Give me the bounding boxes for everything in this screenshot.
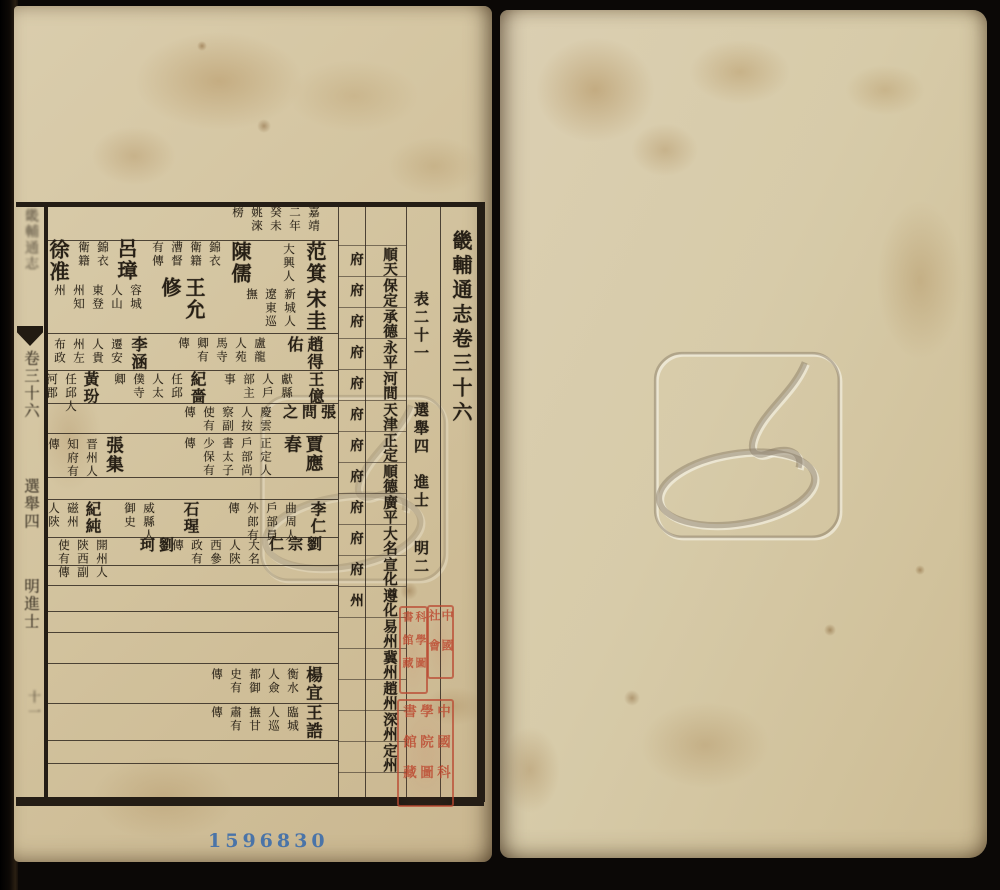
grid-line <box>48 632 338 633</box>
prefecture-suffix: 府 <box>345 283 365 303</box>
book-scan-scene: 畿輔通志 卷三十六 選舉四 明進士 十一 畿輔通志卷三十六 表二十一 選舉四 進… <box>0 0 1000 890</box>
accession-number-stamp: 1596830 <box>208 830 329 852</box>
grid-line <box>338 338 406 339</box>
jinshi-name: 宋圭 <box>303 288 327 334</box>
grid-line <box>48 663 338 664</box>
prefecture-suffix: 府 <box>345 469 365 489</box>
fore-edge-volume: 卷三十六 <box>21 350 40 478</box>
jinshi-name: 張問之 <box>280 404 337 436</box>
jinshi-annotation: 慶雲人按察副使有傳 <box>180 406 275 436</box>
jinshi-annotation: 大興人 <box>279 243 298 287</box>
grid-line <box>338 400 406 401</box>
subtitle-dynasty-part: 明二 <box>409 540 433 578</box>
jinshi-name: 劉珂 <box>137 537 175 569</box>
jinshi-name: 王億 <box>305 371 325 405</box>
prefecture-cell: 保定 <box>374 278 404 307</box>
fore-edge-running-title: 畿輔通志 <box>21 208 40 320</box>
subtitle-table-number: 表二十一 <box>409 291 433 371</box>
jinshi-name: 王允修 <box>158 277 206 323</box>
fore-edge-subsection: 明進士 <box>21 578 40 684</box>
grid-line <box>338 555 406 556</box>
grid-line <box>48 333 338 334</box>
jinshi-annotation: 盧龍人苑馬寺卿有傳 <box>174 337 269 367</box>
grid-line <box>338 586 406 587</box>
jinshi-annotation: 錦衣衛籍漕督有傳 <box>148 241 224 271</box>
collection-seal-lower: 中國科學院圖書館藏 <box>397 699 454 807</box>
jinshi-annotation: 遷安人貴州左布政 <box>50 338 126 368</box>
prefecture-suffix: 府 <box>345 345 365 365</box>
prefecture-cell: 順德 <box>374 464 404 493</box>
grid-line <box>338 617 406 618</box>
prefecture-suffix: 府 <box>345 314 365 334</box>
jinshi-name: 石瑆 <box>180 501 200 535</box>
grid-line <box>338 741 406 742</box>
jinshi-name: 楊宜 <box>302 666 323 702</box>
grid-line <box>48 585 338 586</box>
library-watermark-right <box>650 345 846 547</box>
grid-line <box>338 276 406 277</box>
prefecture-suffix: 府 <box>345 376 365 396</box>
jinshi-annotation: 錦衣衛籍 <box>74 241 112 271</box>
fore-edge-section: 選舉四 <box>21 478 40 576</box>
fore-edge-page-number: 十一 <box>23 690 42 732</box>
prefecture-cell: 正定 <box>374 433 404 462</box>
jinshi-annotation: 容城人山東登州知州 <box>50 284 145 314</box>
jinshi-name: 賈應春 <box>280 435 323 475</box>
jinshi-name: 陳儒 <box>228 241 252 287</box>
jinshi-name: 張集 <box>102 436 124 476</box>
jinshi-annotation: 正定人戶部尚書太子少保有傳 <box>180 437 275 481</box>
jinshi-annotation: 任邱人太僕寺卿 <box>110 373 186 403</box>
prefecture-cell: 宣化 <box>374 557 404 586</box>
prefecture-suffix: 府 <box>345 531 365 551</box>
prefecture-suffix: 府 <box>345 500 365 520</box>
collection-seal-upper-right: 中國社會 <box>427 605 454 679</box>
jinshi-annotation: 晋州人知府有傳 <box>44 438 101 482</box>
jinshi-annotation: 嘉靖二年癸未姚淶榜 <box>228 206 323 239</box>
prefecture-cell: 廣平 <box>374 495 404 524</box>
jinshi-annotation: 臨城人巡撫甘肅有傳 <box>207 706 302 736</box>
prefecture-suffix: 府 <box>345 252 365 272</box>
grid-line <box>338 710 406 711</box>
jinshi-annotation: 衡水人僉都御史有傳 <box>207 668 302 698</box>
grid-line <box>48 611 338 612</box>
jinshi-annotation: 大名人陝西參政有傳 <box>168 539 263 569</box>
jinshi-annotation: 開州人陝西副使有傳 <box>54 539 111 583</box>
seal-text: 中國科學院圖書館藏 <box>399 704 450 802</box>
volume-title: 畿輔通志卷三十六 <box>449 230 473 436</box>
grid-line <box>338 679 406 680</box>
frame-right-border <box>477 202 485 802</box>
jinshi-name: 徐准 <box>46 239 70 285</box>
grid-line <box>338 431 406 432</box>
jinshi-name: 趙得佑 <box>284 336 324 374</box>
jinshi-annotation: 任邱人河郡 <box>42 373 80 417</box>
jinshi-name: 李涵 <box>128 336 148 374</box>
jinshi-name: 紀純 <box>82 501 102 535</box>
seal-text: 科學圖書館藏 <box>401 611 427 689</box>
jinshi-name: 黃玢 <box>80 371 100 405</box>
jinshi-name: 范箕 <box>303 241 327 287</box>
grid-line <box>48 703 338 704</box>
grid-line <box>338 524 406 525</box>
prefecture-suffix: 府 <box>345 562 365 582</box>
grid-line <box>48 499 338 500</box>
collection-seal-upper-left: 科學圖書館藏 <box>399 606 428 694</box>
grid-line <box>338 207 339 797</box>
subtitle-section: 選舉四 <box>409 402 433 464</box>
grid-line <box>338 369 406 370</box>
grid-line <box>338 772 406 773</box>
prefecture-cell: 永平 <box>374 340 404 369</box>
subtitle-degree: 進士 <box>409 474 433 516</box>
jinshi-name: 呂璋 <box>114 238 138 284</box>
seal-text: 中國社會 <box>427 609 453 673</box>
prefecture-suffix: 府 <box>345 438 365 458</box>
grid-line <box>48 740 338 741</box>
prefecture-cell: 天津 <box>374 402 404 431</box>
grid-line <box>338 648 406 649</box>
prefecture-cell: 順天 <box>374 247 404 276</box>
jinshi-name: 李仁 <box>307 501 327 535</box>
grid-line <box>338 245 406 246</box>
jinshi-annotation: 獻縣人戶部主事 <box>220 373 296 403</box>
jinshi-annotation: 磁州人陝 <box>44 502 82 532</box>
grid-line <box>48 763 338 764</box>
grid-line <box>338 462 406 463</box>
grid-line <box>338 493 406 494</box>
grid-line <box>338 307 406 308</box>
jinshi-annotation: 新城人遼東巡撫 <box>242 288 299 332</box>
prefecture-suffix: 府 <box>345 407 365 427</box>
jinshi-name: 紀嗇 <box>187 371 207 405</box>
jinshi-name: 王誥 <box>302 704 323 740</box>
grid-line <box>365 207 366 797</box>
prefecture-suffix: 州 <box>345 593 365 613</box>
prefecture-cell: 河間 <box>374 371 404 400</box>
prefecture-cell: 承德 <box>374 309 404 338</box>
jinshi-name: 劉宗仁 <box>266 536 323 568</box>
prefecture-cell: 大名 <box>374 526 404 555</box>
